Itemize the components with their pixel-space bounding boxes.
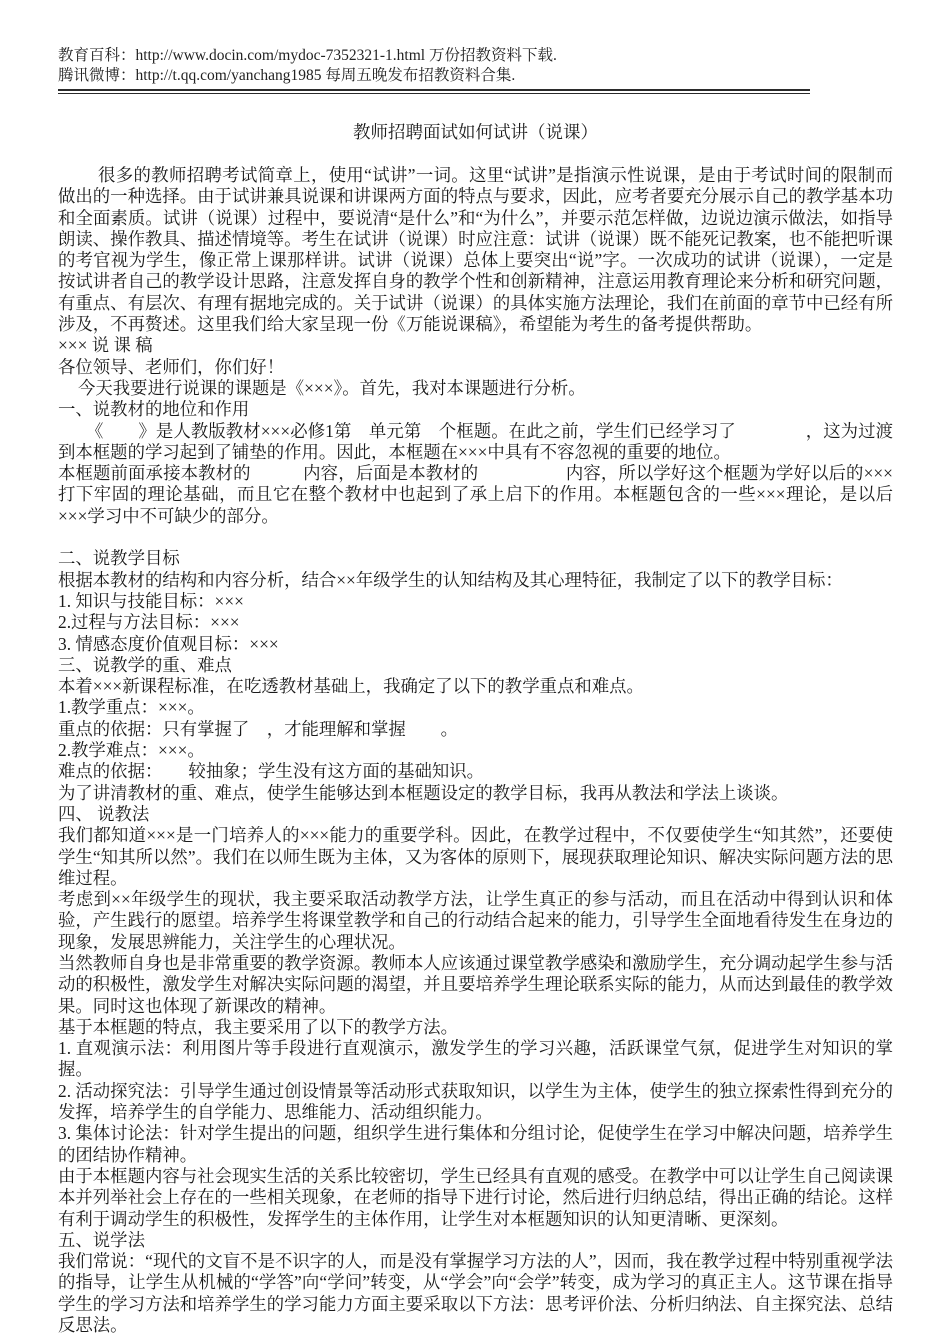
paragraph: 考虑到××年级学生的现状，我主要采取活动教学方法，让学生真正的参与活动，而且在活… [58,889,893,953]
paragraph: ××× 说 课 稿 [58,335,893,356]
document-page: 教育百科：http://www.docin.com/mydoc-7352321-… [0,0,950,1344]
paragraph: 三、说教学的重、难点 [58,655,893,676]
paragraph: 2.教学难点：×××。 [58,740,893,761]
paragraph: 本着×××新课程标准，在吃透教材基础上，我确定了以下的教学重点和难点。 [58,676,893,697]
paragraph: 1. 直观演示法：利用图片等手段进行直观演示，激发学生的学习兴趣，活跃课堂气氛，… [58,1038,893,1081]
paragraph: 本框题前面承接本教材的 内容，后面是本教材的 内容，所以学好这个框题为学好以后的… [58,463,893,527]
paragraph: 重点的依据：只有掌握了 ，才能理解和掌握 。 [58,719,893,740]
paragraph: 我们都知道×××是一门培养人的×××能力的重要学科。因此，在教学过程中，不仅要使… [58,825,893,889]
paragraph: 五、说学法 [58,1230,893,1251]
header-line-docin: 教育百科：http://www.docin.com/mydoc-7352321-… [58,46,893,66]
paragraph: 今天我要进行说课的课题是《×××》。首先，我对本课题进行分析。 [58,378,893,399]
paragraph: 二、说教学目标 [58,548,893,569]
paragraph: 当然教师自身也是非常重要的教学资源。教师本人应该通过课堂教学感染和激励学生，充分… [58,953,893,1017]
paragraph: 各位领导、老师们，你们好！ [58,357,893,378]
paragraph: 基于本框题的特点，我主要采用了以下的教学方法。 [58,1017,893,1038]
paragraph: 难点的依据： 较抽象；学生没有这方面的基础知识。 [58,761,893,782]
paragraph: 根据本教材的结构和内容分析，结合××年级学生的认知结构及其心理特征，我制定了以下… [58,570,893,591]
paragraph: 3. 情感态度价值观目标：××× [58,634,893,655]
paragraph: 为了讲清教材的重、难点，使学生能够达到本框题设定的教学目标，我再从教法和学法上谈… [58,783,893,804]
paragraph: 3. 集体讨论法：针对学生提出的问题，组织学生进行集体和分组讨论，促使学生在学习… [58,1123,893,1166]
blank-line [58,527,893,548]
paragraph: 《 》是人教版教材×××必修1第 单元第 个框题。在此之前，学生们已经学习了 ，… [58,421,893,464]
document-body: 很多的教师招聘考试简章上，使用“试讲”一词。这里“试讲”是指演示性说课，是由于考… [58,165,893,1336]
paragraph: 2.过程与方法目标：××× [58,612,893,633]
document-title: 教师招聘面试如何试讲（说课） [58,121,893,143]
paragraph: 我们常说：“现代的文盲不是不识字的人，而是没有掌握学习方法的人”，因而，我在教学… [58,1251,893,1336]
paragraph: 1. 知识与技能目标：××× [58,591,893,612]
paragraph: 一、说教材的地位和作用 [58,399,893,420]
page-header: 教育百科：http://www.docin.com/mydoc-7352321-… [58,46,893,94]
paragraph: 2. 活动探究法：引导学生通过创设情景等活动形式获取知识，以学生为主体，使学生的… [58,1081,893,1124]
paragraph: 四、 说教法 [58,804,893,825]
paragraph: 1.教学重点：×××。 [58,697,893,718]
paragraph: 很多的教师招聘考试简章上，使用“试讲”一词。这里“试讲”是指演示性说课，是由于考… [58,165,893,335]
header-divider [58,89,810,94]
header-line-weibo: 腾讯微博：http://t.qq.com/yanchang1985 每周五晚发布… [58,66,893,86]
paragraph: 由于本框题内容与社会现实生活的关系比较密切，学生已经具有直观的感受。在教学中可以… [58,1166,893,1230]
